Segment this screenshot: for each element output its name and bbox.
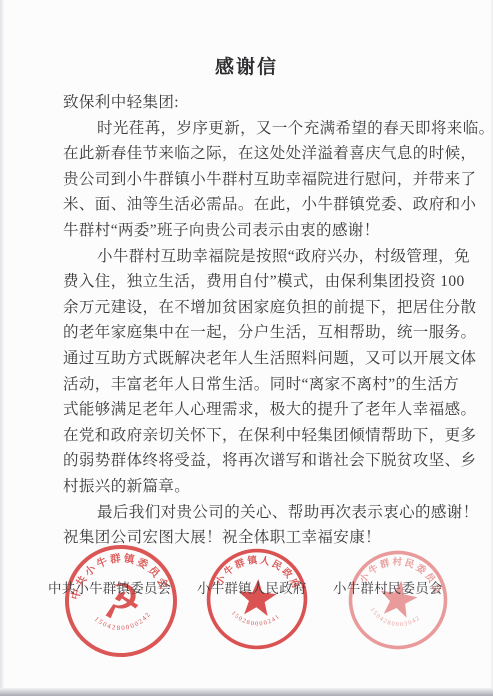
paragraph-1: 时光荏苒，岁序更新，又一个充满希望的春天即将来临。 在此新春佳节来临之际，在这处… — [63, 116, 481, 244]
scan-edge-bottom — [0, 688, 493, 696]
text-line: 通过互助方式既解决老年人生活照料问题，又可以开展文体 — [63, 346, 481, 372]
text-line: 村振兴的新篇章。 — [63, 474, 481, 500]
svg-text:150280000241: 150280000241 — [229, 609, 282, 629]
official-stamp-village-committee: 小牛群村民委员会 1504280003042 — [338, 540, 458, 660]
star-icon — [237, 578, 278, 617]
scanned-letter-page: 感谢信 致保利中轻集团: 时光荏苒，岁序更新，又一个充满希望的春天即将来临。 在… — [0, 0, 493, 696]
text-line: 米、面、油等生活必需品。在此，小牛群镇党委、政府和小 — [63, 192, 481, 218]
stamp-serial-number: 150280000241 — [229, 609, 282, 629]
text-line: 牛群村“两委”班子向贵公司表示由衷的感谢！ — [63, 218, 481, 244]
text-line: 费入住，独立生活，费用自付”模式，由保利集团投资 100 — [63, 269, 481, 295]
text-line: 时光荏苒，岁序更新，又一个充满希望的春天即将来临。 — [63, 116, 481, 142]
text-line: 余万元建设，在不增加贫困家庭负担的前提下，把居住分散 — [63, 295, 481, 321]
text-line: 活动，丰富老年人日常生活。同时“离家不离村”的生活方 — [63, 372, 481, 398]
text-line: 在此新春佳节来临之际，在这处处洋溢着喜庆气息的时候， — [63, 141, 481, 167]
paragraph-2: 小牛群村互助幸福院是按照“政府兴办，村级管理，免 费入住，独立生活，费用自付”模… — [63, 244, 481, 500]
star-icon — [377, 577, 420, 619]
stamp-serial-number: 1504280003042 — [366, 606, 422, 632]
text-line: 最后我们对贵公司的关心、帮助再次表示衷心的感谢！ — [63, 500, 481, 526]
scan-edge-left — [0, 0, 4, 696]
text-line: 在党和政府亲切关怀下，在保利中轻集团倾情帮助下，更多 — [63, 423, 481, 449]
official-stamp-town-government: 小牛群镇人民政府 150280000241 — [200, 542, 313, 655]
letter-body: 致保利中轻集团: 时光荏苒，岁序更新，又一个充满希望的春天即将来临。 在此新春佳… — [63, 90, 481, 551]
text-line: 小牛群村互助幸福院是按照“政府兴办，村级管理，免 — [63, 244, 481, 270]
text-line: 的老年家庭集中在一起，分户生活，互相帮助，统一服务。 — [63, 320, 481, 346]
text-line: 的弱势群体终将受益，将再次谱写和谐社会下脱贫攻坚、乡 — [63, 448, 481, 474]
salutation: 致保利中轻集团: — [63, 90, 481, 116]
letter-title: 感谢信 — [0, 52, 493, 79]
text-line: 贵公司到小牛群镇小牛群村互助幸福院进行慰问，并带来了 — [63, 167, 481, 193]
official-stamp-party-committee: 中共小牛群镇委员会 ☭ 1504280000242 — [57, 537, 184, 664]
text-line: 式能够满足老年人心理需求，极大的提升了老年人幸福感。 — [63, 397, 481, 423]
svg-text:1504280003042: 1504280003042 — [366, 606, 422, 632]
